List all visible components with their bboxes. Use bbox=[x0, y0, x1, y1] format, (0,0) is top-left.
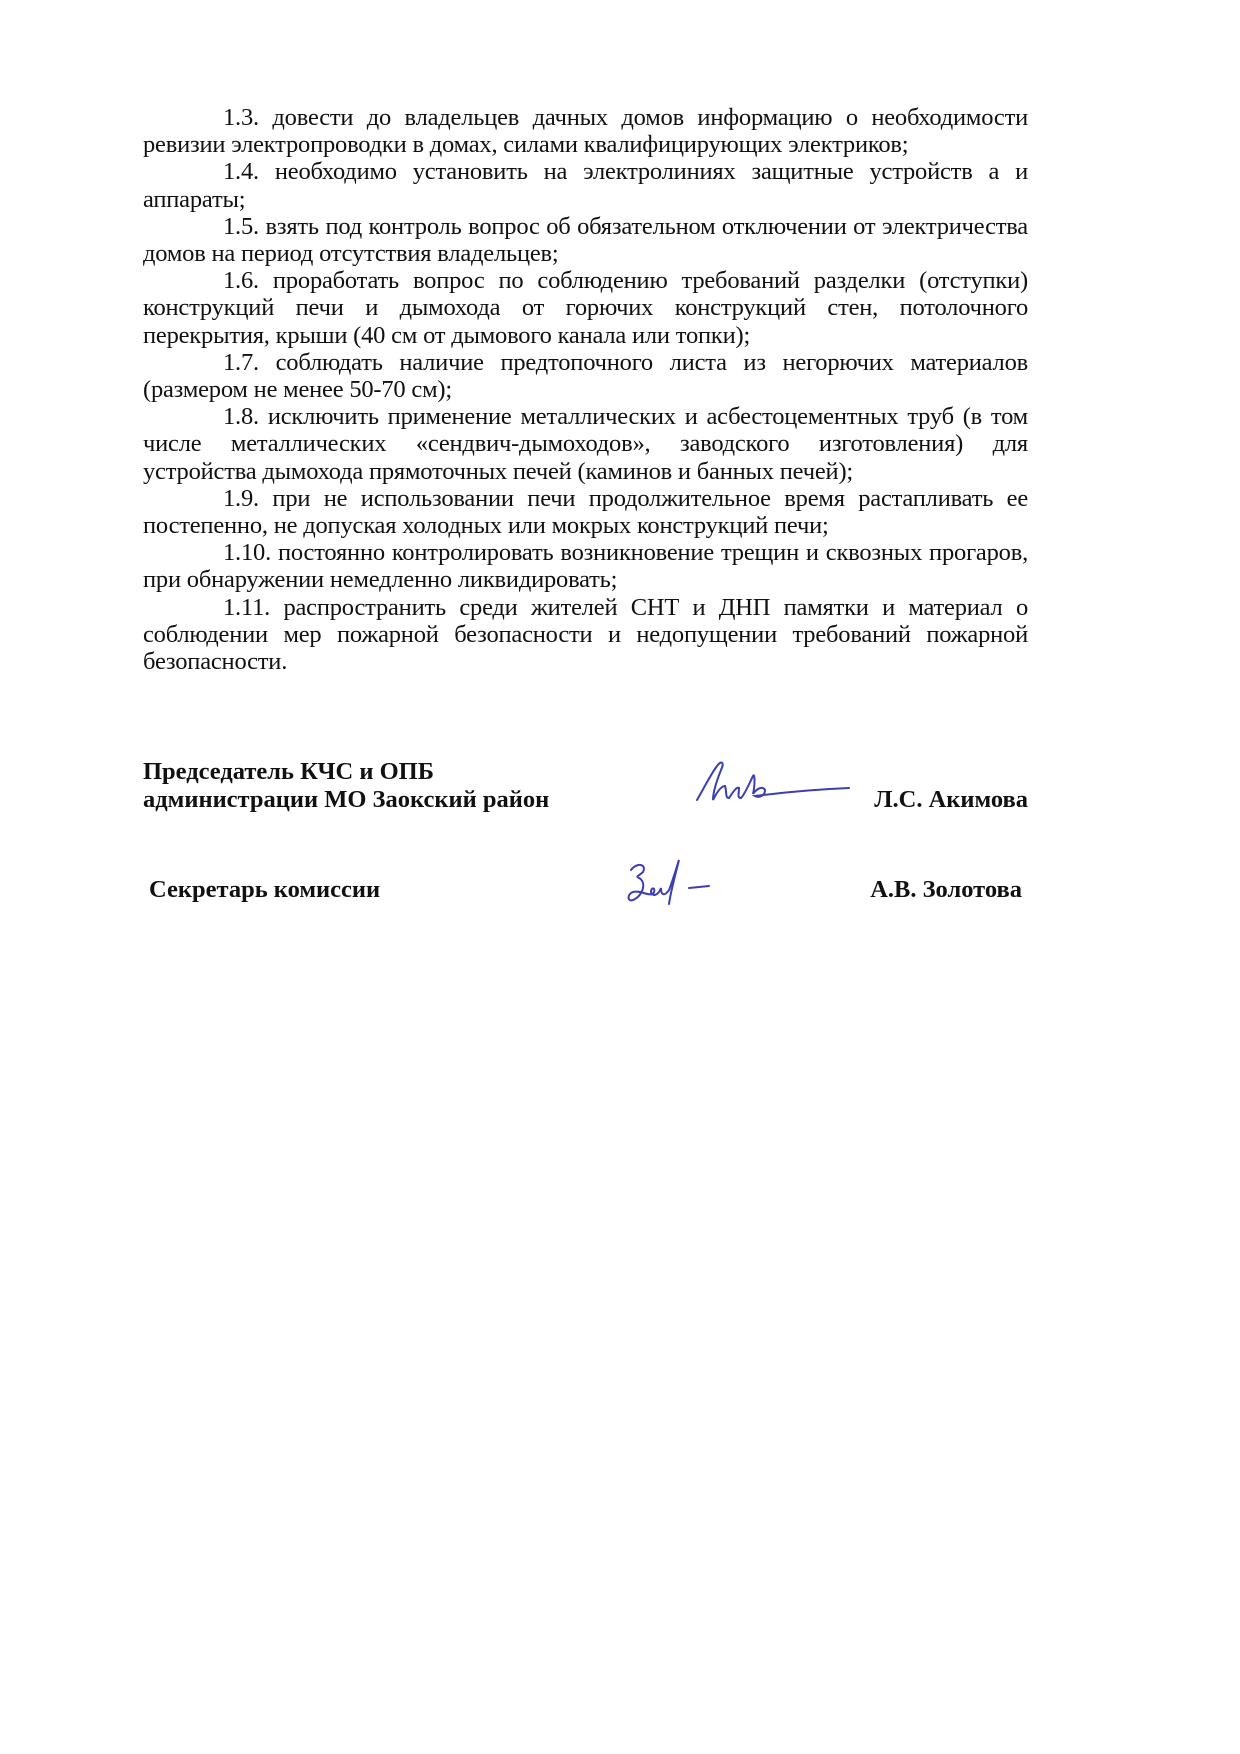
chairman-title-line2: администрации МО Заокский район bbox=[143, 786, 549, 814]
chairman-title-line1: Председатель КЧС и ОПБ bbox=[143, 758, 549, 786]
document-body: 1.3. довести до владельцев дачных домов … bbox=[143, 104, 1028, 675]
paragraph-1-8: 1.8. исключить применение металлических … bbox=[143, 403, 1028, 485]
secretary-handwritten-signature-icon bbox=[623, 856, 733, 916]
paragraph-1-5: 1.5. взять под контроль вопрос об обязат… bbox=[143, 213, 1028, 267]
paragraph-1-4: 1.4. необходимо установить на электролин… bbox=[143, 158, 1028, 212]
paragraph-1-10: 1.10. постоянно контролировать возникнов… bbox=[143, 539, 1028, 593]
secretary-name: А.В. Золотова bbox=[870, 876, 1022, 904]
secretary-signature-block: Секретарь комиссии А.В. Золотова bbox=[143, 876, 1028, 916]
chairman-title: Председатель КЧС и ОПБ администрации МО … bbox=[143, 758, 549, 814]
secretary-title: Секретарь комиссии bbox=[149, 876, 380, 904]
paragraph-1-6: 1.6. проработать вопрос по соблюдению тр… bbox=[143, 267, 1028, 349]
paragraph-1-11: 1.11. распространить среди жителей СНТ и… bbox=[143, 594, 1028, 676]
paragraph-1-9: 1.9. при не использовании печи продолжит… bbox=[143, 485, 1028, 539]
paragraph-1-3: 1.3. довести до владельцев дачных домов … bbox=[143, 104, 1028, 158]
chairman-handwritten-signature-icon bbox=[691, 756, 851, 812]
paragraph-1-7: 1.7. соблюдать наличие предтопочного лис… bbox=[143, 349, 1028, 403]
chairman-signature-block: Председатель КЧС и ОПБ администрации МО … bbox=[143, 758, 1028, 818]
chairman-name: Л.С. Акимова bbox=[874, 786, 1028, 814]
